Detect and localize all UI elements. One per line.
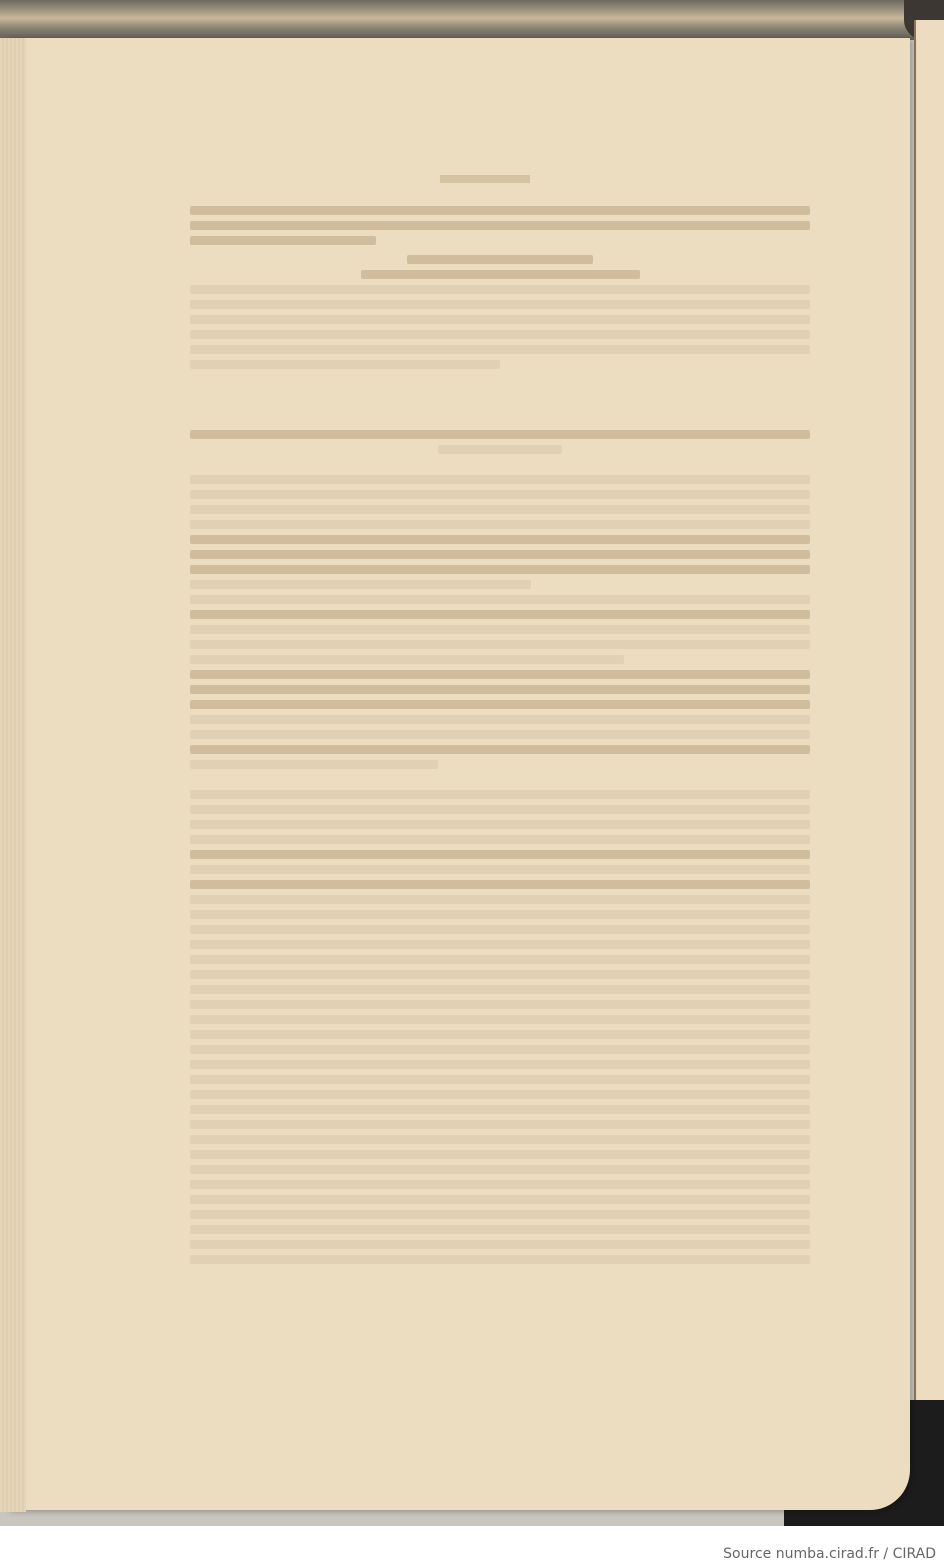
bleed-page-number [440,175,530,183]
source-caption: Source numba.cirad.fr / CIRAD [723,1546,936,1562]
book-top-edge [0,0,944,40]
facing-page-edge [914,20,944,1400]
bleed-through-block-1 [190,206,810,375]
scanned-image [0,0,944,1526]
bleed-through-heading [190,430,810,460]
page-stack-edges [0,38,26,1512]
bleed-through-block-2 [190,475,810,775]
bleed-through-block-3 [190,790,810,1270]
